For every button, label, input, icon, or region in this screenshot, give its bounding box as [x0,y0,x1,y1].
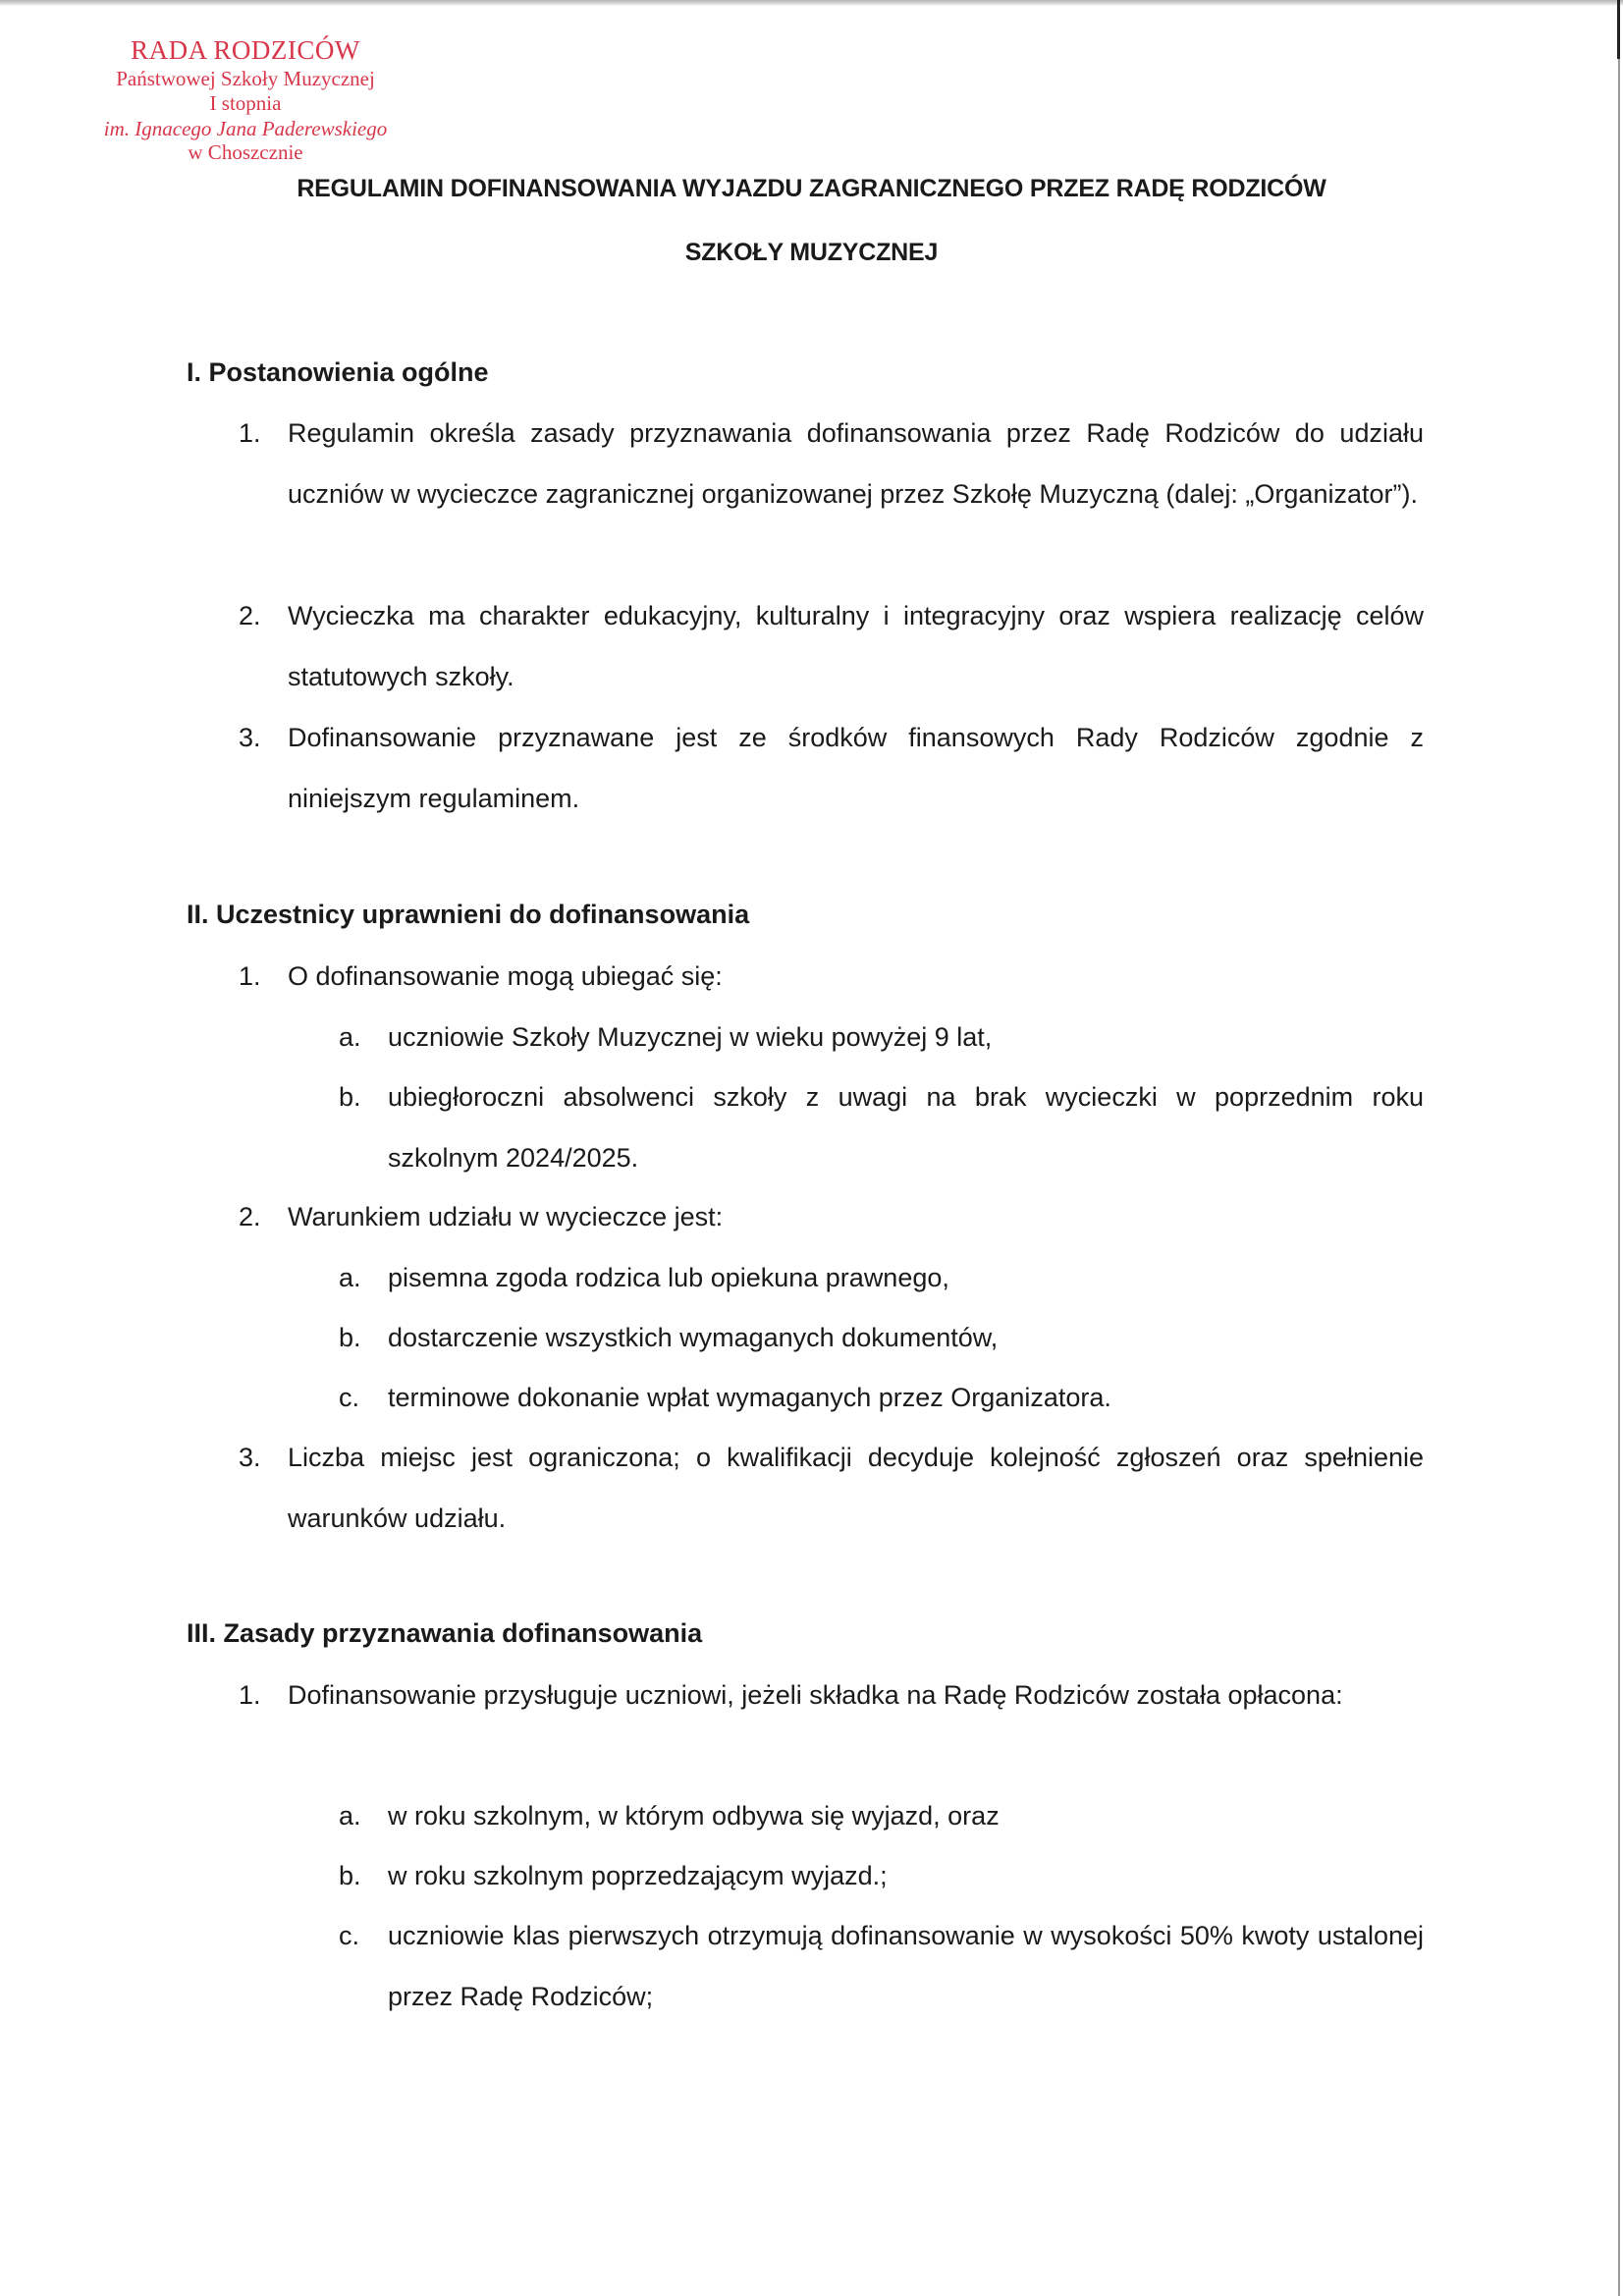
list-item: 3. Liczba miejsc jest ograniczona; o kwa… [239,1427,1424,1549]
section-heading-2: II. Uczestnicy uprawnieni do dofinansowa… [187,900,749,930]
list-item: 3. Dofinansowanie przyznawane jest ze śr… [239,707,1424,829]
sub-list-item: b. ubiegłoroczni absolwenci szkoły z uwa… [339,1066,1424,1188]
item-number: 1. [239,946,261,1007]
stamp-line-3: I stopnia [59,93,432,114]
sub-item-text: w roku szkolnym poprzedzającym wyjazd.; [388,1845,1424,1906]
sub-list-item: a. w roku szkolnym, w którym odbywa się … [339,1785,1424,1846]
scan-edge-right-mark [1617,0,1620,59]
sub-item-text: dostarczenie wszystkich wymaganych dokum… [388,1307,1424,1368]
stamp-line-1: RADA RODZICÓW [59,37,432,64]
sub-list-item: c. uczniowie klas pierwszych otrzymują d… [339,1905,1424,2027]
list-item: 1. Dofinansowanie przysługuje uczniowi, … [239,1665,1424,1725]
item-text: Wycieczka ma charakter edukacyjny, kultu… [288,585,1424,707]
council-stamp: RADA RODZICÓW Państwowej Szkoły Muzyczne… [59,37,432,163]
sub-item-text: pisemna zgoda rodzica lub opiekuna prawn… [388,1247,1424,1308]
item-text: Warunkiem udziału w wycieczce jest: [288,1186,1424,1247]
item-text: Regulamin określa zasady przyznawania do… [288,403,1424,524]
sub-item-letter: b. [339,1066,361,1127]
item-text: Dofinansowanie przysługuje uczniowi, jeż… [288,1665,1424,1725]
scan-edge-top [0,0,1623,6]
section-heading-3: III. Zasady przyznawania dofinansowania [187,1618,702,1649]
sub-item-text: uczniowie klas pierwszych otrzymują dofi… [388,1905,1424,2027]
stamp-line-5: w Choszcznie [59,142,432,163]
sub-item-text: ubiegłoroczni absolwenci szkoły z uwagi … [388,1066,1424,1188]
sub-item-letter: a. [339,1247,361,1308]
item-number: 1. [239,403,261,464]
sub-list-item: a. pisemna zgoda rodzica lub opiekuna pr… [339,1247,1424,1308]
stamp-line-2: Państwowej Szkoły Muzycznej [59,69,432,89]
list-item: 1. Regulamin określa zasady przyznawania… [239,403,1424,524]
sub-item-letter: b. [339,1307,361,1368]
sub-item-letter: c. [339,1905,359,1966]
sub-list-item: b. dostarczenie wszystkich wymaganych do… [339,1307,1424,1368]
item-text: O dofinansowanie mogą ubiegać się: [288,946,1424,1007]
document-title-line-2: SZKOŁY MUZYCZNEJ [0,239,1623,267]
section-heading-1: I. Postanowienia ogólne [187,357,489,388]
stamp-line-4: im. Ignacego Jana Paderewskiego [59,119,432,139]
list-item: 2. Wycieczka ma charakter edukacyjny, ku… [239,585,1424,707]
sub-item-text: w roku szkolnym, w którym odbywa się wyj… [388,1785,1424,1846]
sub-item-letter: c. [339,1367,359,1428]
sub-list-item: b. w roku szkolnym poprzedzającym wyjazd… [339,1845,1424,1906]
item-number: 3. [239,1427,261,1488]
list-item: 2. Warunkiem udziału w wycieczce jest: [239,1186,1424,1247]
document-title-line-1: REGULAMIN DOFINANSOWANIA WYJAZDU ZAGRANI… [0,175,1623,203]
scan-edge-right [1618,0,1620,2296]
sub-list-item: c. terminowe dokonanie wpłat wymaganych … [339,1367,1424,1428]
item-text: Dofinansowanie przyznawane jest ze środk… [288,707,1424,829]
sub-item-text: uczniowie Szkoły Muzycznej w wieku powyż… [388,1007,1424,1067]
item-number: 2. [239,1186,261,1247]
sub-item-text: terminowe dokonanie wpłat wymaganych prz… [388,1367,1424,1428]
item-number: 3. [239,707,261,768]
item-number: 1. [239,1665,261,1725]
sub-item-letter: a. [339,1785,361,1846]
list-item: 1. O dofinansowanie mogą ubiegać się: [239,946,1424,1007]
sub-item-letter: b. [339,1845,361,1906]
item-text: Liczba miejsc jest ograniczona; o kwalif… [288,1427,1424,1549]
sub-list-item: a. uczniowie Szkoły Muzycznej w wieku po… [339,1007,1424,1067]
item-number: 2. [239,585,261,646]
sub-item-letter: a. [339,1007,361,1067]
